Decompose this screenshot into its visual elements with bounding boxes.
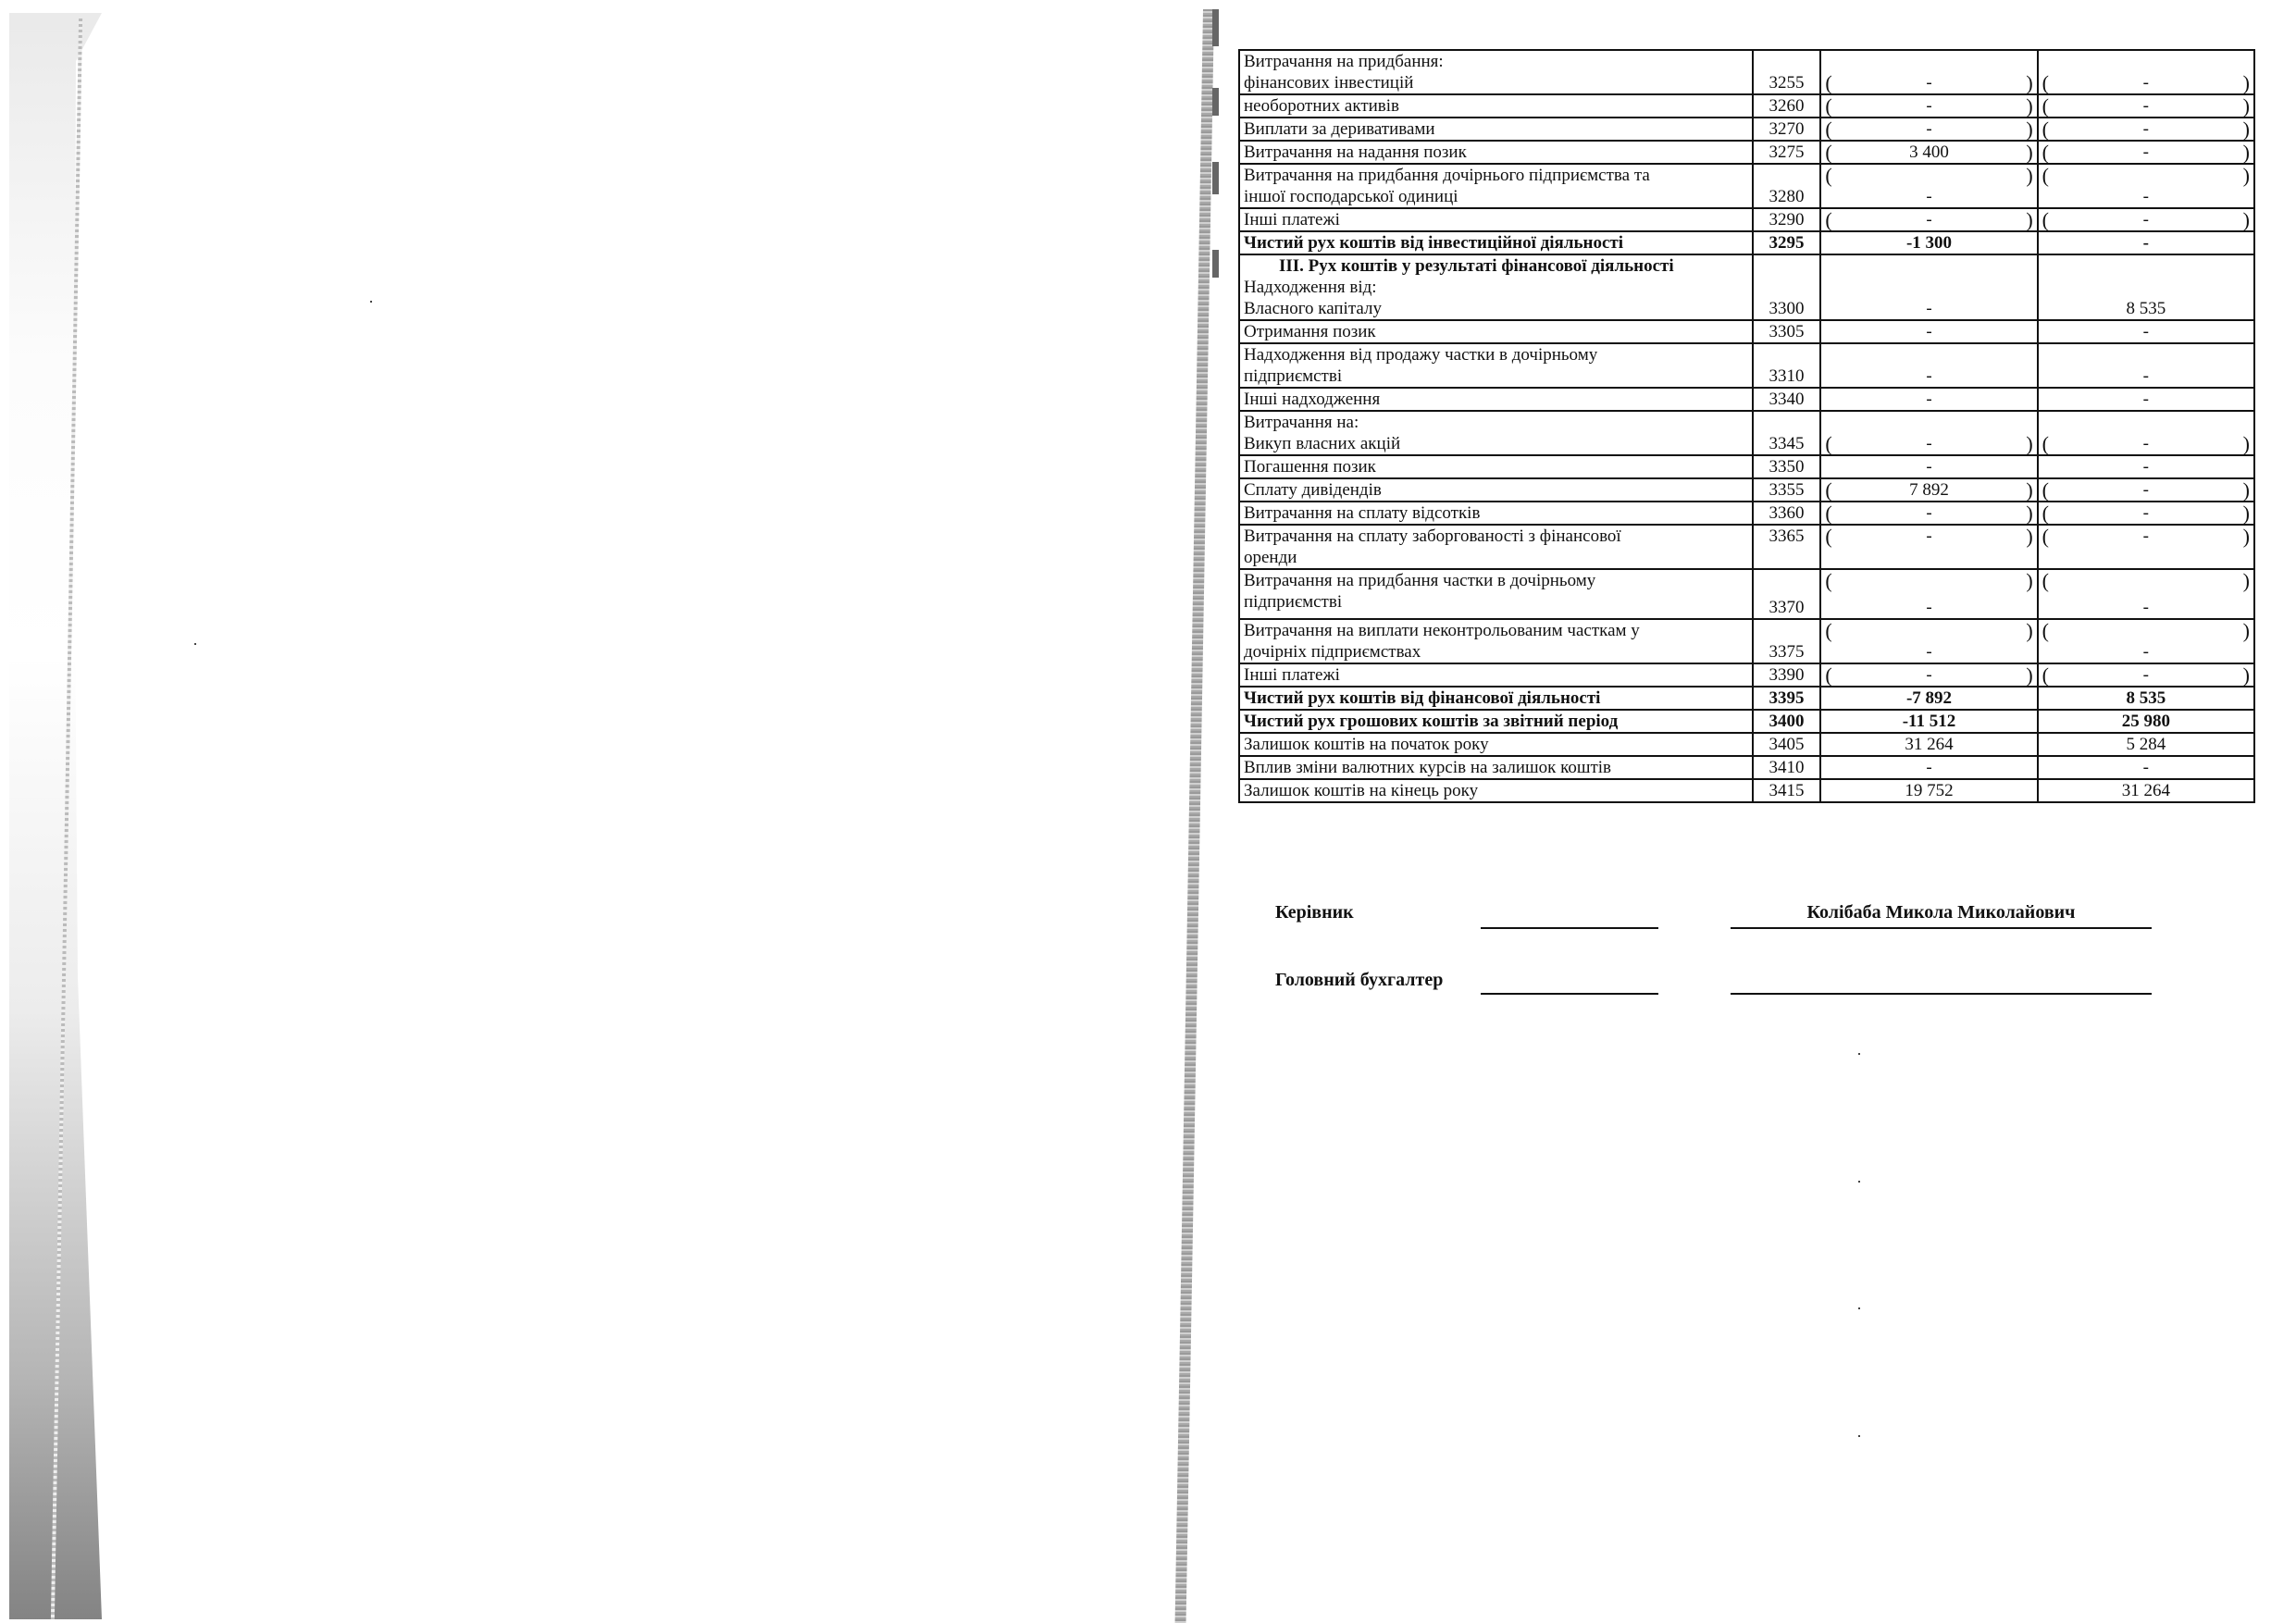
row-label-line: Залишок коштів на початок року <box>1244 734 1748 755</box>
value-current-period: -1 300 <box>1820 231 2037 254</box>
table-row: Інші надходження3340-- <box>1239 388 2254 411</box>
table-row: Чистий рух коштів від інвестиційної діял… <box>1239 231 2254 254</box>
value-current-period: ()- <box>1820 118 2037 141</box>
value-text: -1 300 <box>1906 232 1952 254</box>
value-previous-period: ()- <box>2038 94 2254 118</box>
close-paren: ) <box>2026 209 2032 230</box>
value-text: - <box>2143 757 2149 778</box>
row-code: 3340 <box>1753 388 1821 411</box>
value-text: 19 752 <box>1905 780 1953 801</box>
row-label-line: Інші надходження <box>1244 389 1748 410</box>
value-text: 3 400 <box>1909 142 1949 163</box>
accountant-signature-label: Головний бухгалтер <box>1275 970 1443 991</box>
open-paren: ( <box>2042 479 2049 501</box>
table-row: Інші платежі3290()-()- <box>1239 208 2254 231</box>
value-current-period: ()3 400 <box>1820 141 2037 164</box>
row-label-line: Витрачання на придбання частки в дочірнь… <box>1244 570 1748 591</box>
value-text: - <box>2143 209 2149 230</box>
row-label: Отримання позик <box>1239 320 1753 343</box>
scan-speck <box>370 301 372 303</box>
binding-strip <box>1175 9 1214 1623</box>
value-previous-period: ()- <box>2038 619 2254 663</box>
value-previous-period: ()- <box>2038 525 2254 569</box>
open-paren: ( <box>2042 95 2049 117</box>
row-code: 3345 <box>1753 411 1821 455</box>
open-paren: ( <box>2042 620 2049 641</box>
value-previous-period: ()- <box>2038 569 2254 619</box>
row-label-line: Витрачання на надання позик <box>1244 142 1748 163</box>
row-label-line: дочірніх підприємствах <box>1244 641 1748 663</box>
binding-mark <box>1212 250 1219 278</box>
close-paren: ) <box>2026 72 2032 93</box>
table-row: Чистий рух грошових коштів за звітний пе… <box>1239 710 2254 733</box>
open-paren: ( <box>2042 570 2049 591</box>
row-code: 3270 <box>1753 118 1821 141</box>
close-paren: ) <box>2243 72 2250 93</box>
open-paren: ( <box>1825 142 1831 163</box>
value-previous-period: ()- <box>2038 411 2254 455</box>
row-label-line: Витрачання на придбання дочірнього підпр… <box>1244 165 1748 186</box>
table-row: Інші платежі3390()-()- <box>1239 663 2254 687</box>
scan-speck <box>1858 1307 1860 1309</box>
value-text: - <box>2143 433 2149 454</box>
value-text: -11 512 <box>1903 711 1956 732</box>
head-signature-label: Керівник <box>1275 902 1354 923</box>
value-text: - <box>2143 526 2149 547</box>
value-text: - <box>2143 232 2149 254</box>
row-label-line: необоротних активів <box>1244 95 1748 117</box>
row-label-line: Власного капіталу <box>1244 298 1748 319</box>
open-paren: ( <box>1825 95 1831 117</box>
row-code: 3375 <box>1753 619 1821 663</box>
value-previous-period: ()- <box>2038 50 2254 94</box>
table-row: Вплив зміни валютних курсів на залишок к… <box>1239 756 2254 779</box>
row-label: Інші платежі <box>1239 663 1753 687</box>
value-text: - <box>2143 664 2149 686</box>
table-row: необоротних активів3260()-()- <box>1239 94 2254 118</box>
value-text: - <box>1926 321 1931 342</box>
open-paren: ( <box>2042 502 2049 524</box>
close-paren: ) <box>2243 664 2250 686</box>
row-label: Залишок коштів на початок року <box>1239 733 1753 756</box>
value-current-period: 19 752 <box>1820 779 2037 802</box>
open-paren: ( <box>2042 664 2049 686</box>
value-text: - <box>1926 209 1931 230</box>
value-previous-period: 31 264 <box>2038 779 2254 802</box>
close-paren: ) <box>2243 118 2250 140</box>
table-row: Надходження від продажу частки в дочірнь… <box>1239 343 2254 388</box>
value-previous-period: ()- <box>2038 663 2254 687</box>
value-text: 7 892 <box>1909 479 1949 501</box>
row-label-line: Чистий рух коштів від фінансової діяльно… <box>1244 688 1748 709</box>
value-text: - <box>1926 664 1931 686</box>
value-current-period: ()7 892 <box>1820 478 2037 502</box>
row-label: Інші платежі <box>1239 208 1753 231</box>
head-name: Колібаба Микола Миколайович <box>1731 902 2152 923</box>
value-previous-period: 8 535 <box>2038 687 2254 710</box>
close-paren: ) <box>2026 570 2032 591</box>
value-current-period: - <box>1820 756 2037 779</box>
row-label: Надходження від продажу частки в дочірнь… <box>1239 343 1753 388</box>
value-current-period: - <box>1820 388 2037 411</box>
row-label-line: оренди <box>1244 547 1748 568</box>
close-paren: ) <box>2243 142 2250 163</box>
row-label: Витрачання на придбання частки в дочірнь… <box>1239 569 1753 619</box>
binding-mark <box>1212 88 1219 116</box>
row-label-line: Витрачання на сплату заборгованості з фі… <box>1244 526 1748 547</box>
row-label-line: Погашення позик <box>1244 456 1748 477</box>
row-label: Виплати за деривативами <box>1239 118 1753 141</box>
row-code: 3260 <box>1753 94 1821 118</box>
value-text: - <box>2143 502 2149 524</box>
table-row: Витрачання на сплату заборгованості з фі… <box>1239 525 2254 569</box>
close-paren: ) <box>2243 620 2250 641</box>
row-code: 3275 <box>1753 141 1821 164</box>
row-label: Витрачання на надання позик <box>1239 141 1753 164</box>
value-text: - <box>1926 389 1931 410</box>
row-code: 3295 <box>1753 231 1821 254</box>
value-current-period: - <box>1820 455 2037 478</box>
value-text: - <box>2143 118 2149 140</box>
value-current-period: ()- <box>1820 208 2037 231</box>
value-text: - <box>2143 142 2149 163</box>
cash-flow-table: Витрачання на придбання:фінансових інвес… <box>1238 49 2255 803</box>
row-label-line: Витрачання на виплати неконтрольованим ч… <box>1244 620 1748 641</box>
row-code: 3370 <box>1753 569 1821 619</box>
open-paren: ( <box>2042 209 2049 230</box>
table-row: Залишок коштів на початок року340531 264… <box>1239 733 2254 756</box>
row-label-line: Інші платежі <box>1244 209 1748 230</box>
value-text: -7 892 <box>1906 688 1952 709</box>
row-label: Витрачання на придбання:фінансових інвес… <box>1239 50 1753 94</box>
binding-mark <box>1212 162 1219 194</box>
value-text: - <box>1926 597 1931 618</box>
table-row: III. Рух коштів у результаті фінансової … <box>1239 254 2254 320</box>
head-signature-line <box>1481 927 1658 929</box>
row-label-line: Чистий рух грошових коштів за звітний пе… <box>1244 711 1748 732</box>
value-previous-period: ()- <box>2038 118 2254 141</box>
value-text: 31 264 <box>2122 780 2170 801</box>
value-previous-period: ()- <box>2038 502 2254 525</box>
row-code: 3280 <box>1753 164 1821 208</box>
value-text: - <box>1926 456 1931 477</box>
value-text: - <box>1926 72 1931 93</box>
row-code: 3255 <box>1753 50 1821 94</box>
row-label: Залишок коштів на кінець року <box>1239 779 1753 802</box>
value-text: - <box>2143 479 2149 501</box>
open-paren: ( <box>1825 570 1831 591</box>
row-label-line: іншої господарської одиниці <box>1244 186 1748 207</box>
value-text: - <box>1926 757 1931 778</box>
scan-speck <box>1858 1181 1860 1183</box>
table-row: Чистий рух коштів від фінансової діяльно… <box>1239 687 2254 710</box>
value-text: - <box>1926 298 1931 319</box>
row-code: 3305 <box>1753 320 1821 343</box>
open-paren: ( <box>1825 118 1831 140</box>
row-label: Вплив зміни валютних курсів на залишок к… <box>1239 756 1753 779</box>
accountant-signature-line <box>1481 993 1658 995</box>
row-label-line: Сплату дивідендів <box>1244 479 1748 501</box>
table-row: Витрачання на придбання:фінансових інвес… <box>1239 50 2254 94</box>
open-paren: ( <box>2042 433 2049 454</box>
value-text: - <box>2143 95 2149 117</box>
table-row: Витрачання на сплату відсотків3360()-()- <box>1239 502 2254 525</box>
close-paren: ) <box>2026 433 2032 454</box>
scan-speck <box>194 643 196 645</box>
close-paren: ) <box>2026 479 2032 501</box>
row-label-line: Надходження від продажу частки в дочірнь… <box>1244 344 1748 365</box>
row-label: Погашення позик <box>1239 455 1753 478</box>
value-current-period: - <box>1820 254 2037 320</box>
value-current-period: ()- <box>1820 502 2037 525</box>
open-paren: ( <box>2042 526 2049 547</box>
row-label: Інші надходження <box>1239 388 1753 411</box>
table-row: Погашення позик3350-- <box>1239 455 2254 478</box>
value-current-period: ()- <box>1820 663 2037 687</box>
row-label-line: Витрачання на сплату відсотків <box>1244 502 1748 524</box>
value-text: 31 264 <box>1905 734 1953 755</box>
open-paren: ( <box>1825 72 1831 93</box>
row-label-line: підприємстві <box>1244 591 1748 613</box>
close-paren: ) <box>2026 526 2032 547</box>
accountant-name-line <box>1731 993 2152 995</box>
table-row: Витрачання на придбання дочірнього підпр… <box>1239 164 2254 208</box>
row-label-line: Чистий рух коштів від інвестиційної діял… <box>1244 232 1748 254</box>
value-current-period: ()- <box>1820 164 2037 208</box>
row-code: 3390 <box>1753 663 1821 687</box>
value-text: - <box>2143 321 2149 342</box>
row-code: 3405 <box>1753 733 1821 756</box>
value-text: - <box>1926 95 1931 117</box>
row-code: 3300 <box>1753 254 1821 320</box>
table-row: Витрачання на виплати неконтрольованим ч… <box>1239 619 2254 663</box>
row-code: 3395 <box>1753 687 1821 710</box>
value-text: 8 535 <box>2126 298 2166 319</box>
value-previous-period: ()- <box>2038 478 2254 502</box>
value-current-period: ()- <box>1820 50 2037 94</box>
row-label-line: Витрачання на: <box>1244 412 1748 433</box>
row-code: 3400 <box>1753 710 1821 733</box>
value-text: - <box>2143 389 2149 410</box>
table-row: Витрачання на придбання частки в дочірнь… <box>1239 569 2254 619</box>
value-text: - <box>1926 502 1931 524</box>
open-paren: ( <box>1825 502 1831 524</box>
close-paren: ) <box>2243 433 2250 454</box>
table-row: Витрачання на:Викуп власних акцій3345()-… <box>1239 411 2254 455</box>
row-label-line: Виплати за деривативами <box>1244 118 1748 140</box>
table-row: Залишок коштів на кінець року341519 7523… <box>1239 779 2254 802</box>
value-previous-period: - <box>2038 455 2254 478</box>
value-previous-period: 8 535 <box>2038 254 2254 320</box>
row-label-line: Залишок коштів на кінець року <box>1244 780 1748 801</box>
value-previous-period: - <box>2038 231 2254 254</box>
row-label: Витрачання на виплати неконтрольованим ч… <box>1239 619 1753 663</box>
close-paren: ) <box>2026 142 2032 163</box>
close-paren: ) <box>2026 95 2032 117</box>
value-text: 25 980 <box>2122 711 2170 732</box>
row-code: 3360 <box>1753 502 1821 525</box>
open-paren: ( <box>2042 118 2049 140</box>
open-paren: ( <box>1825 620 1831 641</box>
value-current-period: ()- <box>1820 569 2037 619</box>
row-code: 3350 <box>1753 455 1821 478</box>
value-text: - <box>2143 186 2149 207</box>
value-previous-period: - <box>2038 388 2254 411</box>
value-previous-period: - <box>2038 320 2254 343</box>
row-label-line: Надходження від: <box>1244 277 1748 298</box>
close-paren: ) <box>2026 664 2032 686</box>
value-text: - <box>1926 641 1931 663</box>
value-current-period: ()- <box>1820 619 2037 663</box>
value-current-period: -11 512 <box>1820 710 2037 733</box>
head-name-line <box>1731 927 2152 929</box>
value-previous-period: ()- <box>2038 164 2254 208</box>
value-previous-period: ()- <box>2038 141 2254 164</box>
section-heading: III. Рух коштів у результаті фінансової … <box>1244 255 1748 277</box>
row-label-line: Інші платежі <box>1244 664 1748 686</box>
value-text: - <box>2143 456 2149 477</box>
close-paren: ) <box>2026 118 2032 140</box>
table-row: Виплати за деривативами3270()-()- <box>1239 118 2254 141</box>
open-paren: ( <box>1825 526 1831 547</box>
value-text: 8 535 <box>2126 688 2166 709</box>
close-paren: ) <box>2243 95 2250 117</box>
value-text: 5 284 <box>2126 734 2166 755</box>
value-current-period: ()- <box>1820 94 2037 118</box>
value-text: - <box>1926 118 1931 140</box>
value-current-period: 31 264 <box>1820 733 2037 756</box>
close-paren: ) <box>2243 209 2250 230</box>
value-text: - <box>2143 597 2149 618</box>
value-previous-period: 5 284 <box>2038 733 2254 756</box>
row-code: 3310 <box>1753 343 1821 388</box>
scan-speck <box>1858 1053 1860 1055</box>
row-label-line: Вплив зміни валютних курсів на залишок к… <box>1244 757 1748 778</box>
row-label: Витрачання на сплату заборгованості з фі… <box>1239 525 1753 569</box>
value-text: - <box>1926 186 1931 207</box>
value-text: - <box>1926 526 1931 547</box>
table-row: Витрачання на надання позик3275()3 400()… <box>1239 141 2254 164</box>
value-previous-period: ()- <box>2038 208 2254 231</box>
open-paren: ( <box>1825 479 1831 501</box>
value-previous-period: - <box>2038 756 2254 779</box>
value-text: - <box>2143 641 2149 663</box>
value-current-period: - <box>1820 343 2037 388</box>
close-paren: ) <box>2243 570 2250 591</box>
row-code: 3355 <box>1753 478 1821 502</box>
value-text: - <box>2143 365 2149 387</box>
row-code: 3290 <box>1753 208 1821 231</box>
table-row: Сплату дивідендів3355()7 892()- <box>1239 478 2254 502</box>
value-text: - <box>1926 365 1931 387</box>
close-paren: ) <box>2243 526 2250 547</box>
value-current-period: - <box>1820 320 2037 343</box>
row-label: Чистий рух коштів від фінансової діяльно… <box>1239 687 1753 710</box>
row-label: Витрачання на сплату відсотків <box>1239 502 1753 525</box>
row-label-line: Викуп власних акцій <box>1244 433 1748 454</box>
row-label: Витрачання на придбання дочірнього підпр… <box>1239 164 1753 208</box>
row-label-line: Отримання позик <box>1244 321 1748 342</box>
table-row: Отримання позик3305-- <box>1239 320 2254 343</box>
binding-mark <box>1212 9 1219 46</box>
open-paren: ( <box>1825 664 1831 686</box>
close-paren: ) <box>2026 165 2032 186</box>
row-label: Сплату дивідендів <box>1239 478 1753 502</box>
value-text: - <box>2143 72 2149 93</box>
value-current-period: -7 892 <box>1820 687 2037 710</box>
row-label: Чистий рух коштів від інвестиційної діял… <box>1239 231 1753 254</box>
close-paren: ) <box>2026 620 2032 641</box>
row-label-line: підприємстві <box>1244 365 1748 387</box>
close-paren: ) <box>2243 502 2250 524</box>
value-previous-period: 25 980 <box>2038 710 2254 733</box>
row-code: 3410 <box>1753 756 1821 779</box>
value-current-period: ()- <box>1820 525 2037 569</box>
row-label: Чистий рух грошових коштів за звітний пе… <box>1239 710 1753 733</box>
open-paren: ( <box>1825 433 1831 454</box>
close-paren: ) <box>2243 165 2250 186</box>
open-paren: ( <box>1825 165 1831 186</box>
close-paren: ) <box>2026 502 2032 524</box>
row-label-line: фінансових інвестицій <box>1244 72 1748 93</box>
value-text: - <box>1926 433 1931 454</box>
value-previous-period: - <box>2038 343 2254 388</box>
open-paren: ( <box>2042 72 2049 93</box>
row-code: 3365 <box>1753 525 1821 569</box>
scan-speck <box>1858 1435 1860 1437</box>
row-label: необоротних активів <box>1239 94 1753 118</box>
open-paren: ( <box>2042 142 2049 163</box>
row-label: Витрачання на:Викуп власних акцій <box>1239 411 1753 455</box>
value-current-period: ()- <box>1820 411 2037 455</box>
row-code: 3415 <box>1753 779 1821 802</box>
open-paren: ( <box>1825 209 1831 230</box>
row-label-line: Витрачання на придбання: <box>1244 51 1748 72</box>
row-label: III. Рух коштів у результаті фінансової … <box>1239 254 1753 320</box>
close-paren: ) <box>2243 479 2250 501</box>
open-paren: ( <box>2042 165 2049 186</box>
